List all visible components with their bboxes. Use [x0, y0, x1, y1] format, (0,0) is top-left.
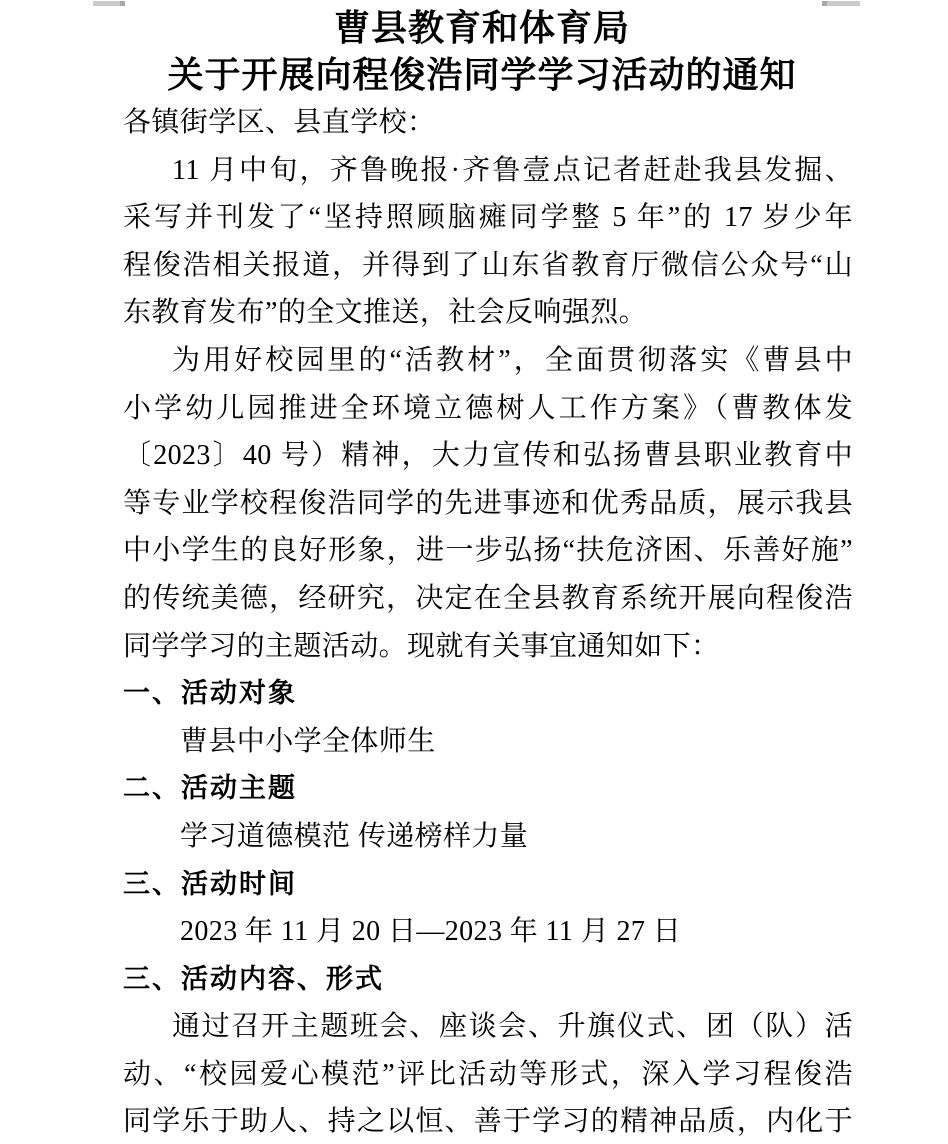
- para-line: 东教育发布”的全文推送，社会反响强烈。: [123, 289, 853, 337]
- para-line: 等专业学校程俊浩同学的先进事迹和优秀品质，展示我县: [123, 480, 853, 528]
- para-line: 采写并刊发了“坚持照顾脑瘫同学整 5 年”的 17 岁少年: [123, 194, 853, 242]
- para-line: 小学幼儿园推进全环境立德树人工作方案》（曹教体发: [123, 385, 853, 433]
- doc-header: 曹县教育和体育局 关于开展向程俊浩同学学习活动的通知: [111, 0, 853, 99]
- section-heading-4: 三、活动内容、形式: [123, 956, 853, 1004]
- notice-document: 曹县教育和体育局 关于开展向程俊浩同学学习活动的通知 各镇街学区、县直学校： 1…: [123, 0, 853, 1144]
- section-content: 曹县中小学全体师生: [123, 718, 853, 766]
- section-heading-3: 三、活动时间: [123, 861, 853, 909]
- salutation-line: 各镇街学区、县直学校：: [123, 99, 853, 147]
- para-line: 〔2023〕40 号）精神，大力宣传和弘扬曹县职业教育中: [123, 432, 853, 480]
- para-line: 程俊浩相关报道，并得到了山东省教育厅微信公众号“山: [123, 242, 853, 290]
- doc-title-org: 曹县教育和体育局: [111, 5, 853, 52]
- para-line: 中小学生的良好形象，进一步弘扬“扶危济困、乐善好施”: [123, 527, 853, 575]
- section-heading-2: 二、活动主题: [123, 765, 853, 813]
- para-line: 为用好校园里的“活教材”，全面贯彻落实《曹县中: [123, 337, 853, 385]
- document-page: 曹县教育和体育局 关于开展向程俊浩同学学习活动的通知 各镇街学区、县直学校： 1…: [0, 0, 948, 1144]
- para-line: 同学学习的主题活动。现就有关事宜通知如下：: [123, 623, 853, 671]
- para-line: 动、“校园爱心模范”评比活动等形式，深入学习程俊浩: [123, 1051, 853, 1099]
- section-content: 学习道德模范 传递榜样力量: [123, 813, 853, 861]
- para-line: 的传统美德，经研究，决定在全县教育系统开展向程俊浩: [123, 575, 853, 623]
- section-heading-1: 一、活动对象: [123, 670, 853, 718]
- doc-title-subject: 关于开展向程俊浩同学学习活动的通知: [111, 52, 853, 99]
- date-line: 2023 年 11 月 20 日—2023 年 11 月 27 日: [123, 908, 853, 956]
- para-line: 同学乐于助人、持之以恒、善于学习的精神品质，内化于: [123, 1098, 853, 1144]
- para-line: 通过召开主题班会、座谈会、升旗仪式、团（队）活: [123, 1003, 853, 1051]
- para-line: 11 月中旬，齐鲁晚报·齐鲁壹点记者赶赴我县发掘、: [123, 147, 853, 195]
